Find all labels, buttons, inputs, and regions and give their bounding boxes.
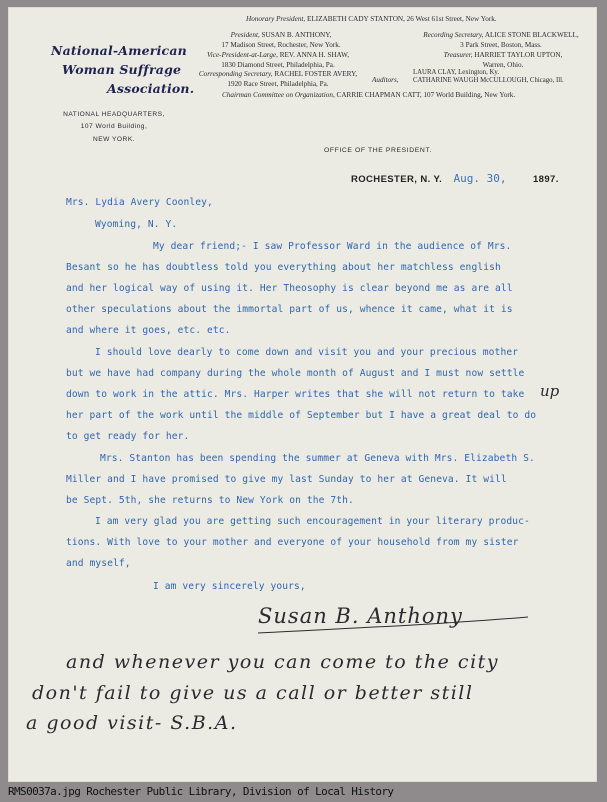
recipient-name: Mrs. Lydia Avery Coonley, [66, 197, 213, 208]
auditors-names: LAURA CLAY, Lexington, Ky. CATHARINE WAU… [413, 69, 564, 85]
body-line: other speculations about the immortal pa… [66, 304, 513, 315]
body-line: and where it goes, etc. etc. [66, 325, 231, 336]
body-line: to get ready for her. [66, 431, 189, 442]
body-line: Mrs. Stanton has been spending the summe… [100, 453, 535, 464]
postscript-line-3: a good visit- S.B.A. [26, 712, 237, 734]
body-line: My dear friend;- I saw Professor Ward in… [153, 241, 511, 252]
letter-page: National-American Woman Suffrage Associa… [8, 7, 597, 782]
body-line: I should love dearly to come down and vi… [95, 347, 518, 358]
body-line: and her logical way of using it. Her The… [66, 283, 513, 294]
headquarters-line-3: NEW YORK. [28, 136, 200, 143]
headquarters-line-1: NATIONAL HEADQUARTERS, [28, 111, 200, 118]
association-name-line-1: National-American [51, 43, 187, 58]
postscript-line-1: and whenever you can come to the city [66, 651, 499, 673]
body-line: down to work in the attic. Mrs. Harper w… [66, 389, 524, 400]
corresponding-secretary-block: Corresponding Secretary, RACHEL FOSTER A… [194, 69, 362, 89]
year: 1897. [533, 174, 559, 185]
place-line: ROCHESTER, N. Y. [351, 174, 442, 185]
image-caption: RMS0037a.jpg Rochester Public Library, D… [8, 785, 393, 798]
president-block: President, SUSAN B. ANTHONY, 17 Madison … [206, 30, 356, 50]
body-line: I am very glad you are getting such enco… [95, 516, 530, 527]
recipient-address: Wyoming, N. Y. [95, 219, 177, 230]
association-name-line-3: Association. [107, 81, 194, 96]
honorary-president: Honorary President, ELIZABETH CADY STANT… [246, 14, 497, 24]
association-name-line-2: Woman Suffrage [62, 62, 181, 77]
body-line: Besant so he has doubtless told you ever… [66, 262, 501, 273]
closing: I am very sincerely yours, [153, 581, 306, 592]
handwritten-insert: up [540, 382, 559, 400]
vice-president-block: Vice-President-at-Large, REV. ANNA H. SH… [198, 50, 358, 70]
auditors-block: Auditors, [372, 71, 399, 81]
postscript-line-2: don't fail to give us a call or better s… [32, 682, 473, 704]
headquarters-line-2: 107 World Building, [28, 123, 200, 130]
treasurer-block: Treasurer, HARRIET TAYLOR UPTON, Warren,… [428, 50, 578, 70]
body-line: tions. With love to your mother and ever… [66, 537, 518, 548]
body-line: her part of the work until the middle of… [66, 410, 536, 421]
typed-date: Aug. 30, [454, 172, 507, 185]
body-line: but we have had company during the whole… [66, 368, 524, 379]
signature-flourish [253, 611, 533, 639]
body-line: Miller and I have promised to give my la… [66, 474, 507, 485]
chairman-organization: Chairman Committee on Organization, CARR… [222, 90, 515, 100]
body-line: and myself, [66, 558, 131, 569]
recording-secretary-block: Recording Secretary, ALICE STONE BLACKWE… [416, 30, 586, 50]
office-of-president: OFFICE OF THE PRESIDENT. [324, 147, 432, 154]
body-line: be Sept. 5th, she returns to New York on… [66, 495, 354, 506]
